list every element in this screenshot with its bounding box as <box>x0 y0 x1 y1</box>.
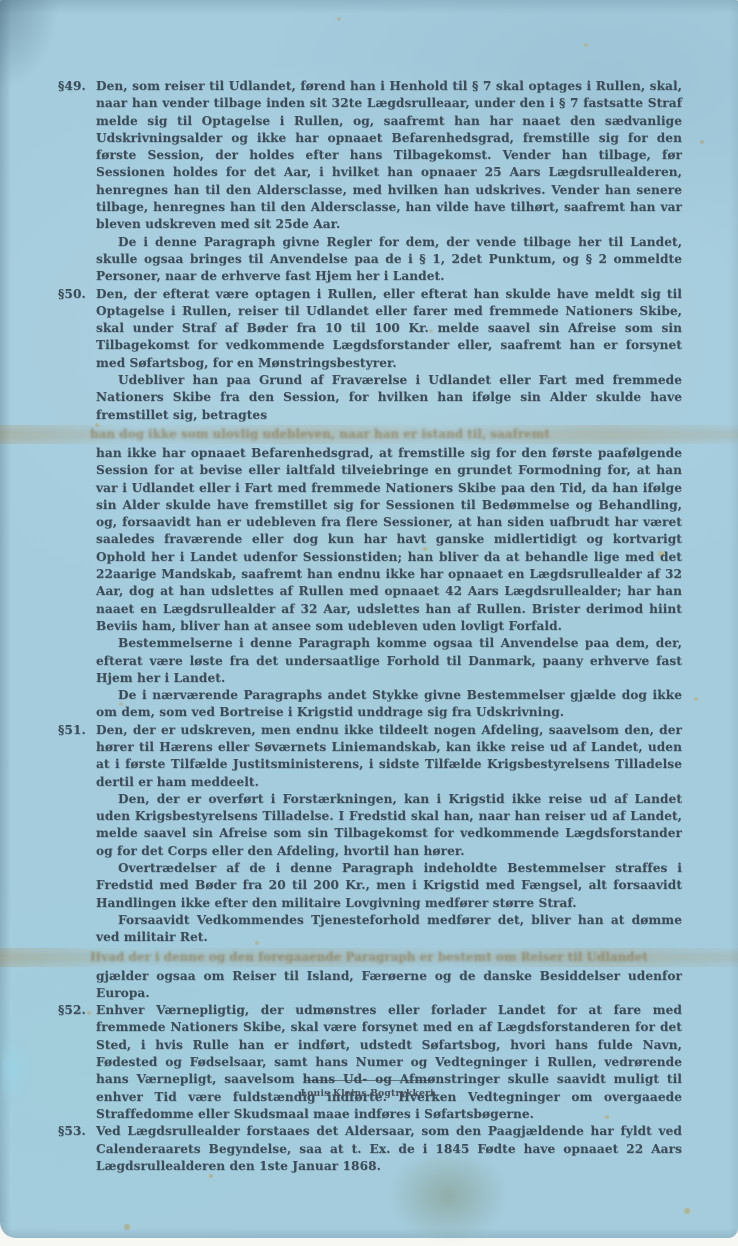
paper-sheet: §49. Den, som reiser til Udlandet, føren… <box>0 0 738 1238</box>
paragraph: Den, der er overført i Forstærkningen, k… <box>96 791 682 860</box>
paragraph: gjælder ogsaa om Reiser til Island, Færø… <box>96 968 682 1003</box>
corner-shadow <box>0 0 60 90</box>
paragraph: Bestemmelserne i denne Paragraph komme o… <box>96 635 682 687</box>
paragraph: han ikke har opnaaet Befarenhedsgrad, at… <box>96 445 682 635</box>
section-50: §50. Den, der efterat være optagen i Rul… <box>96 286 682 722</box>
footer-rule <box>305 1080 433 1081</box>
paragraph: Udebliver han paa Grund af Fraværelse i … <box>96 372 682 424</box>
paragraph: Den, der er udskreven, men endnu ikke ti… <box>96 722 682 791</box>
paragraph: Den, som reiser til Udlandet, førend han… <box>96 78 682 234</box>
illegible-fold-text: Hvad der i denne og den foregaaende Para… <box>90 948 738 967</box>
section-52: §52. Enhver Værnepligtig, der udmønstres… <box>96 1002 682 1123</box>
section-51-label: §51. <box>58 722 94 739</box>
section-49-label: §49. <box>58 78 94 95</box>
section-53: §53. Ved Lægdsrullealder forstaaes det A… <box>96 1123 682 1175</box>
document-text: §49. Den, som reiser til Udlandet, føren… <box>96 78 682 1175</box>
faded-fold-line: han dog ikke som ulovlig udebleven, naar… <box>0 425 738 444</box>
section-53-label: §53. <box>58 1123 94 1140</box>
printer-imprint: Louis Kleins Bogtrykkeri. <box>0 1080 738 1100</box>
printer-name: Louis Kleins Bogtrykkeri. <box>301 1089 438 1099</box>
paragraph: Forsaavidt Vedkommendes Tjenesteforhold … <box>96 912 682 947</box>
paragraph: De i denne Paragraph givne Regler for de… <box>96 234 682 286</box>
paragraph: Overtrædelser af de i denne Paragraph in… <box>96 860 682 912</box>
paragraph: De i nærværende Paragraphs andet Stykke … <box>96 687 682 722</box>
section-50-label: §50. <box>58 286 94 303</box>
illegible-fold-text: han dog ikke som ulovlig udebleven, naar… <box>90 425 738 444</box>
section-49: §49. Den, som reiser til Udlandet, føren… <box>96 78 682 286</box>
paper-speckles <box>0 0 2 2</box>
paragraph: Den, der efterat være optagen i Rullen, … <box>96 286 682 372</box>
faded-fold-line: Hvad der i denne og den foregaaende Para… <box>0 948 738 967</box>
section-52-label: §52. <box>58 1002 94 1019</box>
scanned-document-page: §49. Den, som reiser til Udlandet, føren… <box>0 0 738 1246</box>
section-51: §51. Den, der er udskreven, men endnu ik… <box>96 722 682 1002</box>
paragraph: Enhver Værnepligtig, der udmønstres elle… <box>96 1002 682 1123</box>
paragraph: Ved Lægdsrullealder forstaaes det Alders… <box>96 1123 682 1175</box>
